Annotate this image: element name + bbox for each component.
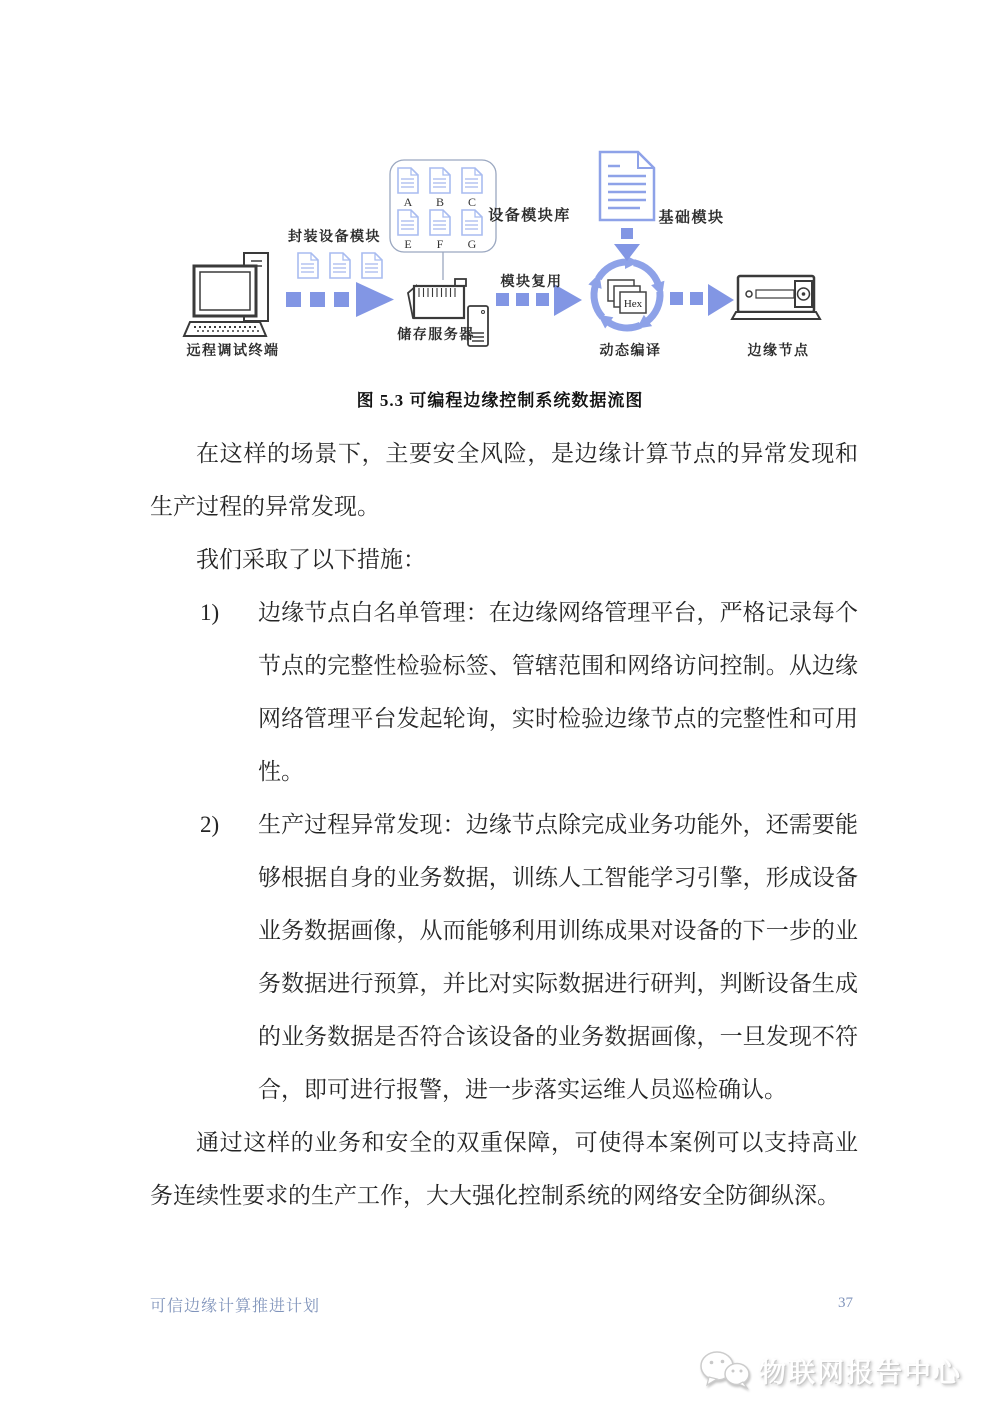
- label-edge-node: 边缘节点: [731, 340, 826, 360]
- list-number: 1): [200, 586, 219, 639]
- module-library-icon: A B C E F G: [390, 160, 496, 280]
- document-page: A B C E F G: [0, 0, 1000, 1415]
- figure-dataflow-diagram: A B C E F G: [150, 140, 860, 390]
- paragraph: 在这样的场景下，主要安全风险，是边缘计算节点的异常发现和生产过程的异常发现。: [150, 427, 858, 533]
- doc-letter-g: G: [468, 237, 477, 251]
- computer-icon: [184, 253, 268, 336]
- watermark: 物联网报告中心: [697, 1346, 962, 1394]
- wechat-logo-icon: [697, 1346, 753, 1394]
- doc-letter-c: C: [468, 195, 476, 209]
- label-base-module: 基础模块: [644, 206, 739, 227]
- list-text: 边缘节点白名单管理：在边缘网络管理平台，严格记录每个节点的完整性检验标签、管辖范…: [258, 600, 858, 784]
- label-dynamic-compile: 动态编译: [583, 340, 678, 360]
- label-module-library: 设备模块库: [482, 204, 577, 225]
- label-package-modules: 封装设备模块: [287, 226, 382, 246]
- doc-letter-f: F: [437, 237, 444, 251]
- dashed-arrow-icon-3: [670, 284, 734, 316]
- label-remote-terminal: 远程调试终端: [158, 340, 308, 360]
- compile-cycle-icon: Hex: [580, 255, 674, 344]
- doc-letter-a: A: [404, 195, 413, 209]
- watermark-text: 物联网报告中心: [759, 1351, 962, 1390]
- hex-docs-icon: Hex: [608, 280, 646, 313]
- page-number: 37: [838, 1295, 853, 1312]
- folder-icon: [408, 279, 466, 318]
- edge-node-icon: [732, 276, 820, 319]
- doc-letter-e: E: [404, 237, 411, 251]
- list-text: 生产过程异常发现：边缘节点除完成业务功能外，还需要能够根据自身的业务数据，训练人…: [258, 812, 858, 1102]
- doc-letter-b: B: [436, 195, 444, 209]
- hex-label: Hex: [624, 298, 643, 310]
- dashed-arrow-icon-1: [286, 282, 394, 317]
- paragraph: 通过这样的业务和安全的双重保障，可使得本案例可以支持高业务连续性要求的生产工作，…: [150, 1116, 858, 1222]
- body-text: 在这样的场景下，主要安全风险，是边缘计算节点的异常发现和生产过程的异常发现。 我…: [150, 427, 858, 1222]
- figure-caption: 图 5.3 可编程边缘控制系统数据流图: [0, 386, 1000, 411]
- label-storage-server: 储存服务器: [376, 324, 496, 344]
- package-docs-icon: [298, 253, 382, 278]
- label-module-reuse: 模块复用: [484, 271, 579, 291]
- list-item: 1) 边缘节点白名单管理：在边缘网络管理平台，严格记录每个节点的完整性检验标签、…: [150, 586, 858, 798]
- paragraph: 我们采取了以下措施：: [150, 533, 858, 586]
- list-item: 2) 生产过程异常发现：边缘节点除完成业务功能外，还需要能够根据自身的业务数据，…: [150, 798, 858, 1116]
- list-number: 2): [200, 798, 219, 851]
- down-arrow-icon: [614, 228, 640, 261]
- footer-title: 可信边缘计算推进计划: [150, 1293, 320, 1316]
